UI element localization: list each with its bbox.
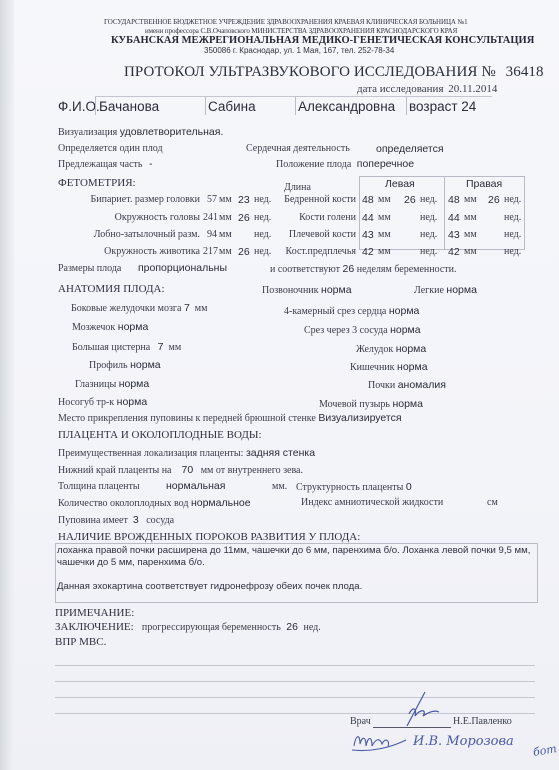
gestation-match: и соответствуют 26 неделям беременности. — [270, 263, 457, 275]
left-mm-value: 44 — [362, 212, 374, 224]
nasolabial-value: норма — [117, 396, 148, 408]
ventricles-unit: мм — [195, 303, 208, 314]
orbits-label: Глазницы — [75, 379, 116, 390]
anatomy-title: АНАТОМИЯ ПЛОДА: — [58, 283, 165, 295]
handwritten-initials-icon — [350, 730, 410, 754]
three-vessel-view: Срез через 3 сосуда норма — [304, 324, 421, 336]
cord-insert-value: Визуализируется — [318, 412, 401, 424]
cisterna-magna: Большая цистерна 7 мм — [72, 341, 181, 353]
right-mm-unit: мм — [464, 194, 477, 205]
orbits-value: норма — [119, 378, 150, 390]
malformations-text-2: Данная эхокартина соответствует гидронеф… — [57, 581, 535, 593]
bone-label: Бедренной кости — [284, 194, 356, 205]
conclusion-extra: ВПР МВС. — [55, 636, 106, 648]
protocol-title: ПРОТОКОЛ УЛЬТРАЗВУКОВОГО ИССЛЕДОВАНИЯ № … — [124, 64, 544, 81]
fetometry-label: Окружность головы — [115, 212, 200, 223]
scan-edge — [0, 0, 14, 770]
placenta-loc-value: задняя стенка — [246, 447, 315, 459]
left-weeks-unit: нед. — [420, 212, 437, 223]
fio-label: Ф.И.О. — [58, 99, 100, 114]
bone-label: Плечевой кости — [289, 229, 356, 240]
stomach: Желудок норма — [356, 343, 426, 355]
placenta-thickness-value: нормальная — [166, 480, 225, 492]
study-date-value: 20.11.2014 — [448, 83, 497, 95]
cisterna-unit: мм — [168, 342, 181, 353]
age-label: возраст — [409, 99, 458, 114]
stomach-label: Желудок — [356, 344, 393, 355]
right-weeks-unit: нед. — [504, 194, 521, 205]
afi-label: Индекс амниотической жидкости — [301, 497, 443, 508]
right-mm-value: 42 — [448, 246, 460, 258]
study-date-label: дата исследования — [357, 83, 444, 95]
intestine: Кишечник норма — [350, 361, 428, 373]
cerebellum: Мозжечок норма — [72, 321, 148, 333]
placenta-structure: Структурность плаценты 0 — [296, 481, 412, 493]
right-weeks-unit: нед. — [504, 246, 521, 257]
bone-label: Кости голени — [299, 212, 356, 223]
presenting-part: Предлежащая часть - — [58, 158, 152, 170]
lower-edge-label: Нижний край плаценты на — [58, 465, 172, 476]
placenta-lower-edge: Нижний край плаценты на 70 мм от внутрен… — [58, 464, 303, 476]
right-weeks-unit: нед. — [504, 229, 521, 240]
right-weeks-unit: нед. — [504, 212, 521, 223]
fio-divider — [295, 97, 296, 115]
protocol-title-text: ПРОТОКОЛ УЛЬТРАЗВУКОВОГО ИССЛЕДОВАНИЯ № — [124, 64, 496, 80]
patient-first-name: Сабина — [208, 99, 256, 114]
ventricles-value: 7 — [184, 302, 190, 314]
fetometry-weeks-unit: нед. — [254, 194, 271, 205]
visualization-value: удовлетворительная. — [120, 126, 224, 138]
left-mm-value: 42 — [362, 246, 374, 258]
blank-line — [55, 665, 535, 666]
patient-age: возраст 24 — [409, 99, 476, 114]
fetometry-mm-value: 217 — [203, 246, 217, 257]
fetometry-label: Бипариет. размер головки — [91, 194, 200, 205]
ventricles-label: Боковые желудочки мозга — [71, 303, 181, 314]
fetometry-mm-unit: мм — [219, 246, 232, 257]
position-value: поперечное — [357, 158, 414, 170]
fetometry-mm-value: 94 — [203, 229, 217, 240]
blank-line — [55, 713, 535, 714]
fio-divider — [205, 97, 206, 115]
cisterna-value: 7 — [158, 341, 164, 353]
afi-unit: см — [487, 497, 498, 508]
right-mm-unit: мм — [464, 229, 477, 240]
profile: Профиль норма — [89, 359, 161, 371]
left-mm-unit: мм — [378, 212, 391, 223]
signature-scribble-icon — [395, 690, 445, 730]
conclusion-label: ЗАКЛЮЧЕНИЕ: — [55, 621, 134, 633]
amniotic-fluid: Количество околоплодных вод нормальное — [58, 497, 251, 509]
lungs-value: норма — [446, 284, 477, 296]
left-mm-unit: мм — [378, 229, 391, 240]
conclusion-weeks: 26 — [286, 621, 298, 633]
doctor-name: Н.Е.Павленко — [453, 716, 512, 727]
heart4-value: норма — [389, 305, 420, 317]
left-header: Левая — [385, 178, 415, 190]
fetometry-mm-value: 241 — [203, 212, 217, 223]
fetometry-weeks-unit: нед. — [254, 229, 271, 240]
heart-4chamber: 4-камерный срез сердца норма — [284, 305, 419, 317]
cord-vessels: Пуповина имеет 3 сосуда — [58, 514, 174, 526]
fio-divider — [406, 97, 407, 115]
match-suffix: неделям беременности. — [357, 264, 457, 275]
patient-last-name: Бачанова — [99, 99, 159, 114]
spine-label: Позвоночник — [262, 285, 319, 296]
position-label: Положение плода — [276, 159, 351, 170]
left-weeks-unit: нед. — [420, 246, 437, 257]
fetometry-weeks-value: 26 — [238, 212, 250, 224]
cord-insertion: Место прикрепления пуповины к передней б… — [58, 412, 402, 424]
left-weeks-value: 26 — [404, 194, 416, 206]
left-mm-unit: мм — [378, 194, 391, 205]
kidneys-value: аномалия — [398, 379, 446, 391]
heart4-label: 4-камерный срез сердца — [284, 306, 386, 317]
header-institution-sub: имени профессора С.В.Очаповского МИНИСТЕ… — [145, 27, 457, 35]
fetometry-weeks-value: 23 — [238, 194, 250, 206]
doctor-label: Врач — [350, 716, 371, 727]
fetal-position: Положение плода поперечное — [276, 158, 414, 170]
profile-label: Профиль — [89, 360, 128, 371]
fetometry-label: Окружность животика — [104, 246, 200, 257]
malformations-text-1: лоханка правой почки расширена до 11мм, … — [57, 545, 535, 569]
cord-label: Пуповина имеет — [58, 515, 128, 526]
vessels3-label: Срез через 3 сосуда — [304, 325, 388, 336]
left-mm-value: 43 — [362, 229, 374, 241]
spine-value: норма — [321, 284, 352, 296]
right-header: Правая — [466, 178, 502, 190]
structure-value: 0 — [406, 481, 412, 493]
bone-label: Кост.предплечья — [286, 246, 356, 257]
cerebellum-value: норма — [118, 321, 149, 333]
malformations-title: НАЛИЧИЕ ВРОЖДЕННЫХ ПОРОКОВ РАЗВИТИЯ У ПЛ… — [58, 531, 360, 543]
age-value: 24 — [461, 99, 476, 114]
heart-activity-label: Сердечная деятельность — [246, 143, 350, 154]
lungs: Легкие норма — [414, 284, 477, 296]
intestine-value: норма — [397, 361, 428, 373]
kidneys: Почки аномалия — [368, 379, 446, 391]
bone-table-divider — [444, 176, 445, 249]
length-header: Длина — [284, 182, 311, 193]
fetometry-weeks-unit: нед. — [254, 246, 271, 257]
vessels3-value: норма — [390, 324, 421, 336]
kidneys-label: Почки — [368, 380, 395, 391]
placenta-title: ПЛАЦЕНТА И ОКОЛОПЛОДНЫЕ ВОДЫ: — [58, 429, 262, 441]
fluid-label: Количество околоплодных вод — [58, 498, 188, 509]
cord-insert-label: Место прикрепления пуповины к передней б… — [58, 413, 316, 424]
placenta-thickness-unit: мм. — [272, 481, 287, 492]
fetal-sizes-value: пропорциональны — [138, 262, 227, 274]
right-mm-unit: мм — [464, 246, 477, 257]
right-weeks-value: 26 — [488, 194, 500, 206]
right-mm-value: 48 — [448, 194, 460, 206]
intestine-label: Кишечник — [350, 362, 395, 373]
cord-suffix: сосуда — [146, 515, 174, 526]
study-date: дата исследования 20.11.2014 — [357, 83, 497, 95]
fetometry-weeks-value: 26 — [238, 246, 250, 258]
orbits: Глазницы норма — [75, 378, 149, 390]
left-mm-value: 48 — [362, 194, 374, 206]
spine: Позвоночник норма — [262, 284, 352, 296]
profile-value: норма — [130, 359, 161, 371]
bladder-label: Мочевой пузырь — [319, 399, 390, 410]
right-mm-value: 44 — [448, 212, 460, 224]
nasolabial-label: Носогуб тр-к — [58, 397, 114, 408]
fluid-value: нормальное — [191, 497, 251, 509]
cisterna-label: Большая цистерна — [72, 342, 150, 353]
stomach-value: норма — [396, 343, 427, 355]
header-org: КУБАНСКАЯ МЕЖРЕГИОНАЛЬНАЯ МЕДИКО-ГЕНЕТИЧ… — [111, 35, 534, 46]
left-mm-unit: мм — [378, 246, 391, 257]
fetal-sizes-label: Размеры плода — [58, 263, 121, 274]
fetometry-title: ФЕТОМЕТРИЯ: — [58, 177, 136, 189]
right-mm-value: 43 — [448, 229, 460, 241]
presenting-value: - — [149, 158, 153, 170]
structure-label: Структурность плаценты — [296, 482, 403, 493]
protocol-number: 36418 — [506, 64, 544, 80]
visualization: Визуализация удовлетворительная. — [58, 126, 223, 138]
fio-top-border — [95, 96, 492, 97]
bladder: Мочевой пузырь норма — [319, 398, 423, 410]
header-address: 350086 г. Краснодар, ул. 1 Мая, 167, тел… — [204, 46, 394, 55]
conclusion-weeks-unit: нед. — [303, 622, 320, 633]
presenting-label: Предлежащая часть — [58, 159, 142, 170]
header-institution: ГОСУДАРСТВЕННОЕ БЮДЖЕТНОЕ УЧРЕЖДЕНИЕ ЗДР… — [104, 18, 468, 26]
match-label: и соответствуют — [270, 264, 340, 275]
patient-patronymic: Александровна — [298, 99, 395, 114]
fetometry-label: Лобно-затылочный разм. — [94, 229, 200, 240]
fetometry-mm-value: 57 — [203, 194, 217, 205]
cerebellum-label: Мозжечок — [72, 322, 115, 333]
match-weeks: 26 — [343, 263, 355, 275]
conclusion-text: прогрессирующая беременность — [142, 622, 281, 633]
placenta-thickness-label: Толщина плаценты — [58, 481, 140, 492]
lower-edge-suffix: мм от внутреннего зева. — [201, 465, 303, 476]
visualization-label: Визуализация — [58, 127, 117, 138]
blank-line — [55, 697, 535, 698]
conclusion: ЗАКЛЮЧЕНИЕ: прогрессирующая беременность… — [55, 621, 321, 633]
bladder-value: норма — [392, 398, 423, 410]
nasolabial: Носогуб тр-к норма — [58, 396, 147, 408]
fetometry-mm-unit: мм — [219, 194, 232, 205]
heart-activity-value: определяется — [376, 143, 444, 155]
placenta-location: Преимущественная локализация плаценты: з… — [58, 447, 315, 459]
left-weeks-unit: нед. — [420, 194, 437, 205]
one-fetus: Определяется один плод — [58, 143, 163, 154]
note-label: ПРИМЕЧАНИЕ: — [55, 607, 134, 619]
blank-line — [55, 681, 535, 682]
lungs-label: Легкие — [414, 285, 444, 296]
cord-vessels-value: 3 — [133, 514, 139, 526]
lower-edge-value: 70 — [182, 464, 194, 476]
fio-divider — [95, 97, 96, 115]
handwritten-name: И.В. Морозова — [413, 734, 514, 749]
fetometry-weeks-unit: нед. — [254, 212, 271, 223]
left-weeks-unit: нед. — [420, 229, 437, 240]
fetometry-mm-unit: мм — [219, 212, 232, 223]
fetometry-mm-unit: мм — [219, 229, 232, 240]
placenta-loc-label: Преимущественная локализация плаценты: — [58, 448, 243, 459]
ventricles: Боковые желудочки мозга 7 мм — [71, 302, 207, 314]
right-mm-unit: мм — [464, 212, 477, 223]
